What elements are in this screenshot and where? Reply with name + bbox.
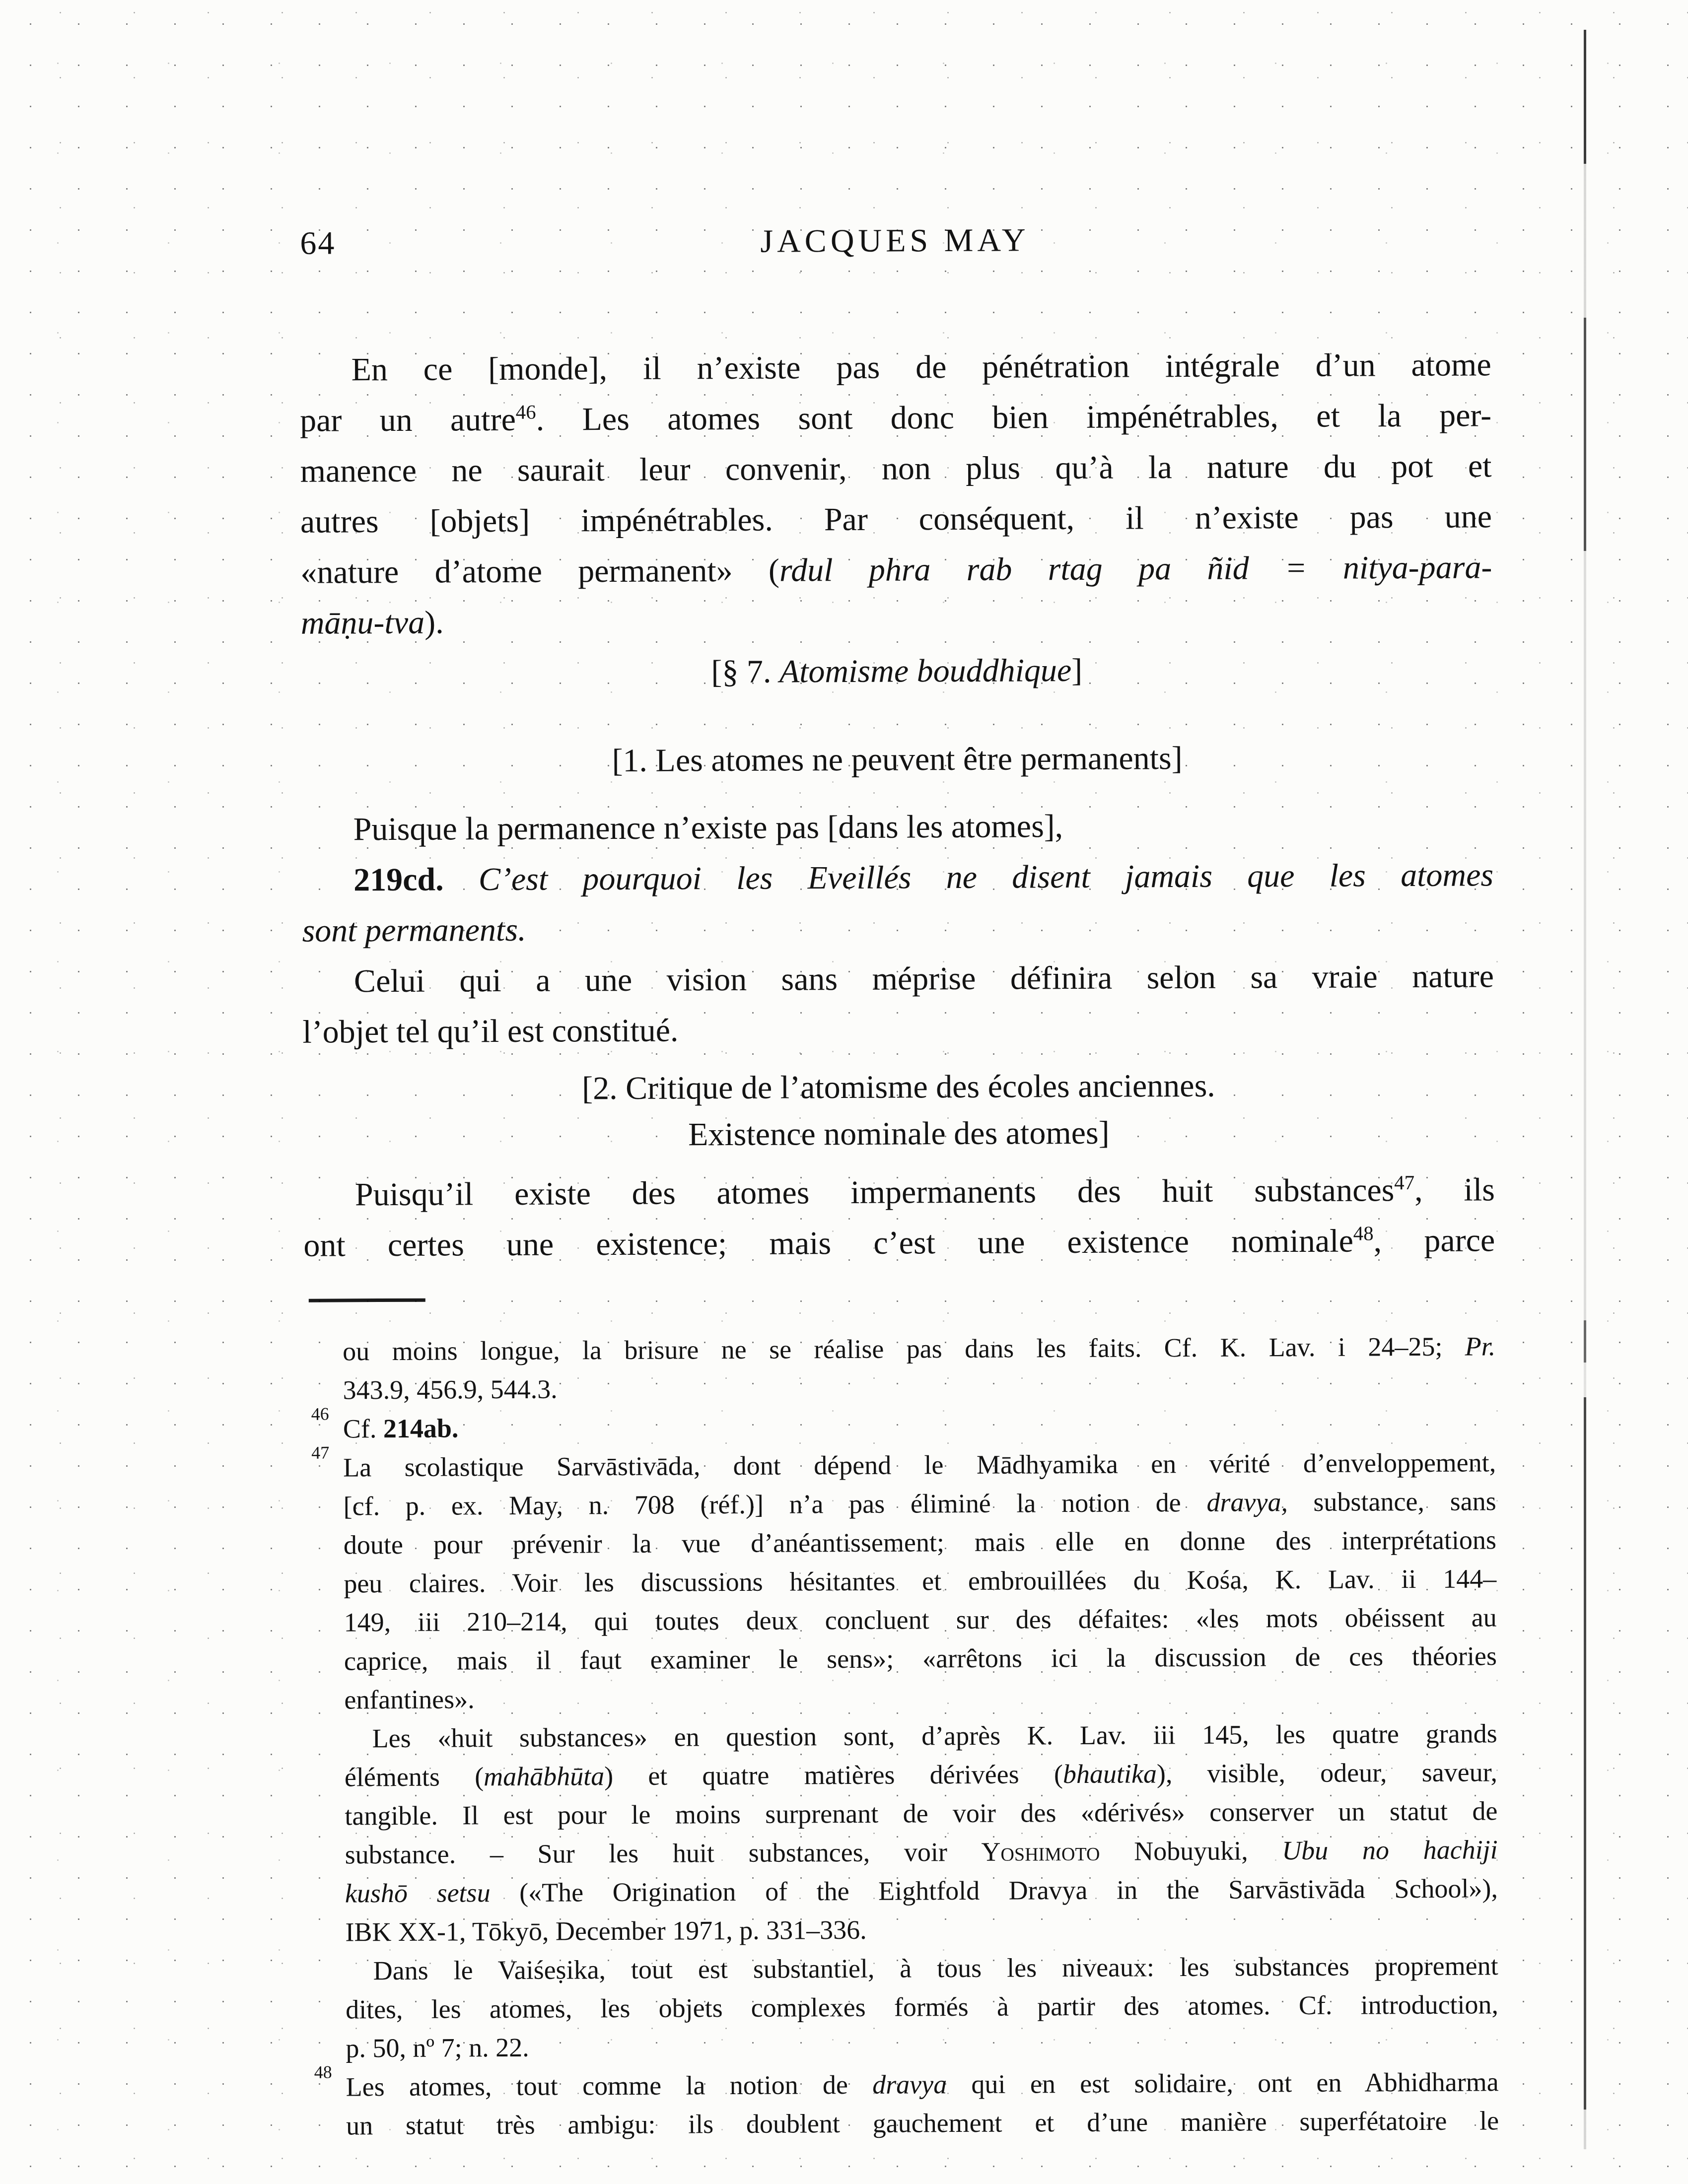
text-line: enfantines».	[344, 1675, 1497, 1719]
text-segment: Pr.	[1465, 1331, 1496, 1361]
text-line: sont permanents.	[302, 900, 1493, 956]
text-segment: IBK XX-1, Tōkyō, December 1971, p. 331–3…	[345, 1915, 867, 1947]
text-segment: rdul phra rab rtag pa ñid = nitya-para-	[779, 549, 1492, 588]
text-line: un statut très ambigu: ils doublent gauc…	[346, 2101, 1499, 2145]
subsection-heading-2-critique-atomisme: [2. Critique de l’atomisme des écoles an…	[303, 1061, 1495, 1160]
text-segment: l’objet tel qu’il est constitué.	[302, 1012, 678, 1050]
text-line: dites, les atomes, les objets complexes …	[346, 1985, 1498, 2029]
footnote-number: 46	[311, 1404, 329, 1425]
text-segment: kushō setsu	[345, 1878, 491, 1908]
text-segment: peu claires. Voir les discussions hésita…	[344, 1564, 1496, 1598]
text-line: ou moins longue, la brisure ne se réalis…	[343, 1327, 1495, 1370]
text-segment: ).	[424, 605, 444, 641]
text-line: doute pour prévenir la vue d’anéantissem…	[344, 1520, 1496, 1564]
paragraph-vision-sans-meprise: Celui qui a une vision sans méprise défi…	[302, 951, 1494, 1057]
text-segment: ) et quatre matières dérivées (	[604, 1759, 1063, 1791]
text-segment: sont permanents.	[302, 912, 526, 949]
text-segment: caprice, mais il faut examiner le sens»;…	[344, 1641, 1497, 1676]
text-line: Puisque la permanence n’existe pas [dans…	[301, 799, 1493, 855]
text-line: 343.9, 456.9, 544.3.	[343, 1365, 1495, 1409]
text-segment: . Les atomes sont donc bien impénétrable…	[536, 397, 1492, 437]
text-segment: dites, les atomes, les objets complexes …	[346, 1989, 1498, 2024]
text-segment: mahābhūta	[484, 1761, 604, 1791]
page-sheet: 64 JACQUES MAY En ce [monde], il n’exist…	[0, 0, 1688, 2184]
text-line: peu claires. Voir les discussions hésita…	[344, 1559, 1496, 1603]
footnote-number: 48	[314, 2062, 332, 2083]
text-segment: Yoshimoto	[981, 1837, 1100, 1867]
text-segment: dravya,	[1206, 1487, 1288, 1517]
text-segment: Puisqu’il existe des atomes impermanents…	[355, 1172, 1395, 1213]
paragraph-puisque-permanence: Puisque la permanence n’existe pas [dans…	[301, 799, 1493, 855]
text-segment: Ubu no hachiji	[1282, 1835, 1498, 1865]
text-line: māṇu-tva).	[301, 593, 1492, 648]
text-segment: Dans le Vaiśeṣika, tout est substantiel,…	[373, 1951, 1498, 1985]
text-segment: qui en est solidaire, ont en Abhidharma	[947, 2067, 1499, 2099]
text-segment: Les «huit substances» en question sont, …	[372, 1718, 1497, 1753]
footnote-47: 47La scolastique Sarvāstivāda, dont dépe…	[304, 1443, 1498, 2067]
footnote-46: 46Cf. 214ab.	[304, 1404, 1496, 1448]
text-line: [2. Critique de l’atomisme des écoles an…	[303, 1061, 1494, 1113]
text-segment: En ce [monde], il n’existe pas de pénétr…	[351, 346, 1491, 388]
text-segment: doute pour prévenir la vue d’anéantissem…	[344, 1525, 1496, 1560]
text-line: éléments (mahābhūta) et quatre matières …	[345, 1753, 1497, 1796]
text-segment: 48	[1353, 1222, 1374, 1244]
text-segment: Nobuyuki,	[1100, 1836, 1282, 1866]
text-segment: substance, sans	[1288, 1486, 1496, 1517]
text-line: «nature d’atome permanent» (rdul phra ra…	[300, 542, 1492, 598]
footnote-48: 48Les atomes, tout comme la notion de dr…	[307, 2062, 1499, 2145]
text-segment: Atomisme bouddhique	[779, 652, 1072, 690]
footnote-number: 47	[311, 1442, 329, 1463]
text-segment: tangible. Il est pour le moins surprenan…	[345, 1796, 1497, 1831]
text-line: kushō setsu («The Origination of the Eig…	[345, 1869, 1498, 1912]
text-line: [§ 7. Atomisme bouddhique]	[301, 643, 1492, 699]
text-line: p. 50, nº 7; n. 22.	[346, 2024, 1498, 2067]
text-segment: ), visible, odeur, saveur,	[1157, 1757, 1497, 1788]
text-segment: 214ab.	[383, 1413, 459, 1443]
text-segment: , parce	[1374, 1222, 1495, 1259]
text-line: ont certes une existence; mais c’est une…	[303, 1215, 1495, 1271]
text-segment: [§ 7.	[711, 654, 779, 690]
text-segment: 47	[1394, 1171, 1414, 1194]
text-segment: «nature d’atome permanent» (	[300, 552, 779, 591]
text-line: IBK XX-1, Tōkyō, December 1971, p. 331–3…	[345, 1908, 1498, 1951]
text-segment: p. 50, nº 7; n. 22.	[346, 2033, 529, 2063]
paragraph-huit-substances: Puisqu’il existe des atomes impermanents…	[303, 1164, 1495, 1271]
text-segment: [2. Critique de l’atomisme des écoles an…	[582, 1068, 1215, 1107]
text-segment: manence ne saurait leur convenir, non pl…	[300, 448, 1491, 489]
text-line: substance. – Sur les huit substances, vo…	[345, 1830, 1498, 1874]
text-line: 219cd. C’est pourquoi les Eveillés ne di…	[302, 850, 1493, 905]
text-segment: 219cd.	[353, 861, 479, 898]
scanned-book-page: { "page": { "number": "64", "running_hea…	[0, 0, 1688, 2184]
text-segment: La scolastique Sarvāstivāda, dont dépend…	[343, 1447, 1496, 1482]
text-line: Dans le Vaiśeṣika, tout est substantiel,…	[346, 1946, 1498, 1990]
text-segment: māṇu-tva	[301, 605, 425, 641]
text-line: Celui qui a une vision sans méprise défi…	[302, 951, 1494, 1007]
text-segment: un statut très ambigu: ils doublent gauc…	[346, 2106, 1499, 2140]
text-line: manence ne saurait leur convenir, non pl…	[300, 441, 1491, 496]
text-line: [cf. p. ex. May, n. 708 (réf.)] n’a pas …	[343, 1482, 1496, 1525]
text-segment: 46	[516, 401, 536, 423]
text-segment: Les atomes, tout comme la notion de	[346, 2070, 873, 2102]
text-line: autres [objets] impénétrables. Par consé…	[300, 491, 1492, 547]
text-line: l’objet tel qu’il est constitué.	[302, 1002, 1494, 1057]
text-line: caprice, mais il faut examiner le sens»;…	[344, 1637, 1497, 1680]
text-line: 48Les atomes, tout comme la notion de dr…	[346, 2062, 1499, 2106]
text-segment: ont certes une existence; mais c’est une…	[303, 1223, 1353, 1264]
text-line: 46Cf. 214ab.	[343, 1404, 1496, 1448]
text-line: En ce [monde], il n’existe pas de pénétr…	[299, 340, 1491, 395]
text-segment: C’est pourquoi les Eveillés ne disent ja…	[479, 857, 1494, 897]
text-segment: autres [objets] impénétrables. Par consé…	[300, 498, 1492, 540]
page-header: 64 JACQUES MAY	[299, 220, 1490, 261]
text-segment: , ils	[1414, 1171, 1495, 1208]
scan-artifact-line	[1584, 20, 1586, 2149]
text-segment: dravya	[872, 2069, 947, 2100]
text-line: 149, iii 210–214, qui toutes deux conclu…	[344, 1598, 1496, 1641]
text-segment: 343.9, 456.9, 544.3.	[343, 1374, 557, 1405]
text-line: par un autre46. Les atomes sont donc bie…	[300, 390, 1491, 446]
paragraph-atomes-impenetrables: En ce [monde], il n’existe pas de pénétr…	[299, 340, 1492, 648]
text-segment: bhautika	[1063, 1759, 1157, 1789]
text-segment: [cf. p. ex. May, n. 708 (réf.)] n’a pas …	[344, 1488, 1207, 1521]
footnote-separator-rule	[309, 1298, 425, 1302]
text-segment: Cf.	[343, 1414, 383, 1443]
text-segment: [1. Les atomes ne peuvent être permanent…	[612, 740, 1182, 779]
text-segment: Celui qui a une vision sans méprise défi…	[354, 958, 1494, 999]
text-segment: substance. – Sur les huit substances, vo…	[345, 1837, 982, 1870]
text-segment: Puisque la permanence n’existe pas [dans…	[353, 808, 1063, 847]
text-line: Les «huit substances» en question sont, …	[345, 1714, 1497, 1758]
text-segment: éléments (	[345, 1762, 484, 1792]
running-head: JACQUES MAY	[299, 220, 1490, 261]
text-column: 64 JACQUES MAY En ce [monde], il n’exist…	[298, 0, 1499, 2145]
text-line: [1. Les atomes ne peuvent être permanent…	[301, 732, 1493, 787]
text-segment: ou moins longue, la brisure ne se réalis…	[343, 1332, 1465, 1366]
footnote-continuation: ou moins longue, la brisure ne se réalis…	[304, 1327, 1496, 1409]
text-segment: enfantines».	[344, 1684, 475, 1714]
subsection-heading-1-atomes-permanents: [1. Les atomes ne peuvent être permanent…	[301, 732, 1493, 787]
verse-219cd: 219cd. C’est pourquoi les Eveillés ne di…	[302, 850, 1494, 956]
text-segment: 149, iii 210–214, qui toutes deux conclu…	[344, 1602, 1497, 1637]
section-heading-7-atomisme-bouddhique: [§ 7. Atomisme bouddhique]	[301, 643, 1492, 699]
footnotes: ou moins longue, la brisure ne se réalis…	[304, 1327, 1499, 2145]
text-segment: («The Origination of the Eightfold Dravy…	[490, 1873, 1498, 1908]
text-line: Existence nominale des atomes]	[303, 1108, 1494, 1160]
text-line: Puisqu’il existe des atomes impermanents…	[303, 1164, 1495, 1220]
text-line: tangible. Il est pour le moins surprenan…	[345, 1791, 1497, 1835]
text-segment: Existence nominale des atomes]	[688, 1115, 1110, 1153]
text-segment: ]	[1071, 652, 1082, 688]
text-line: 47La scolastique Sarvāstivāda, dont dépe…	[343, 1443, 1496, 1487]
text-segment: par un autre	[300, 402, 516, 439]
